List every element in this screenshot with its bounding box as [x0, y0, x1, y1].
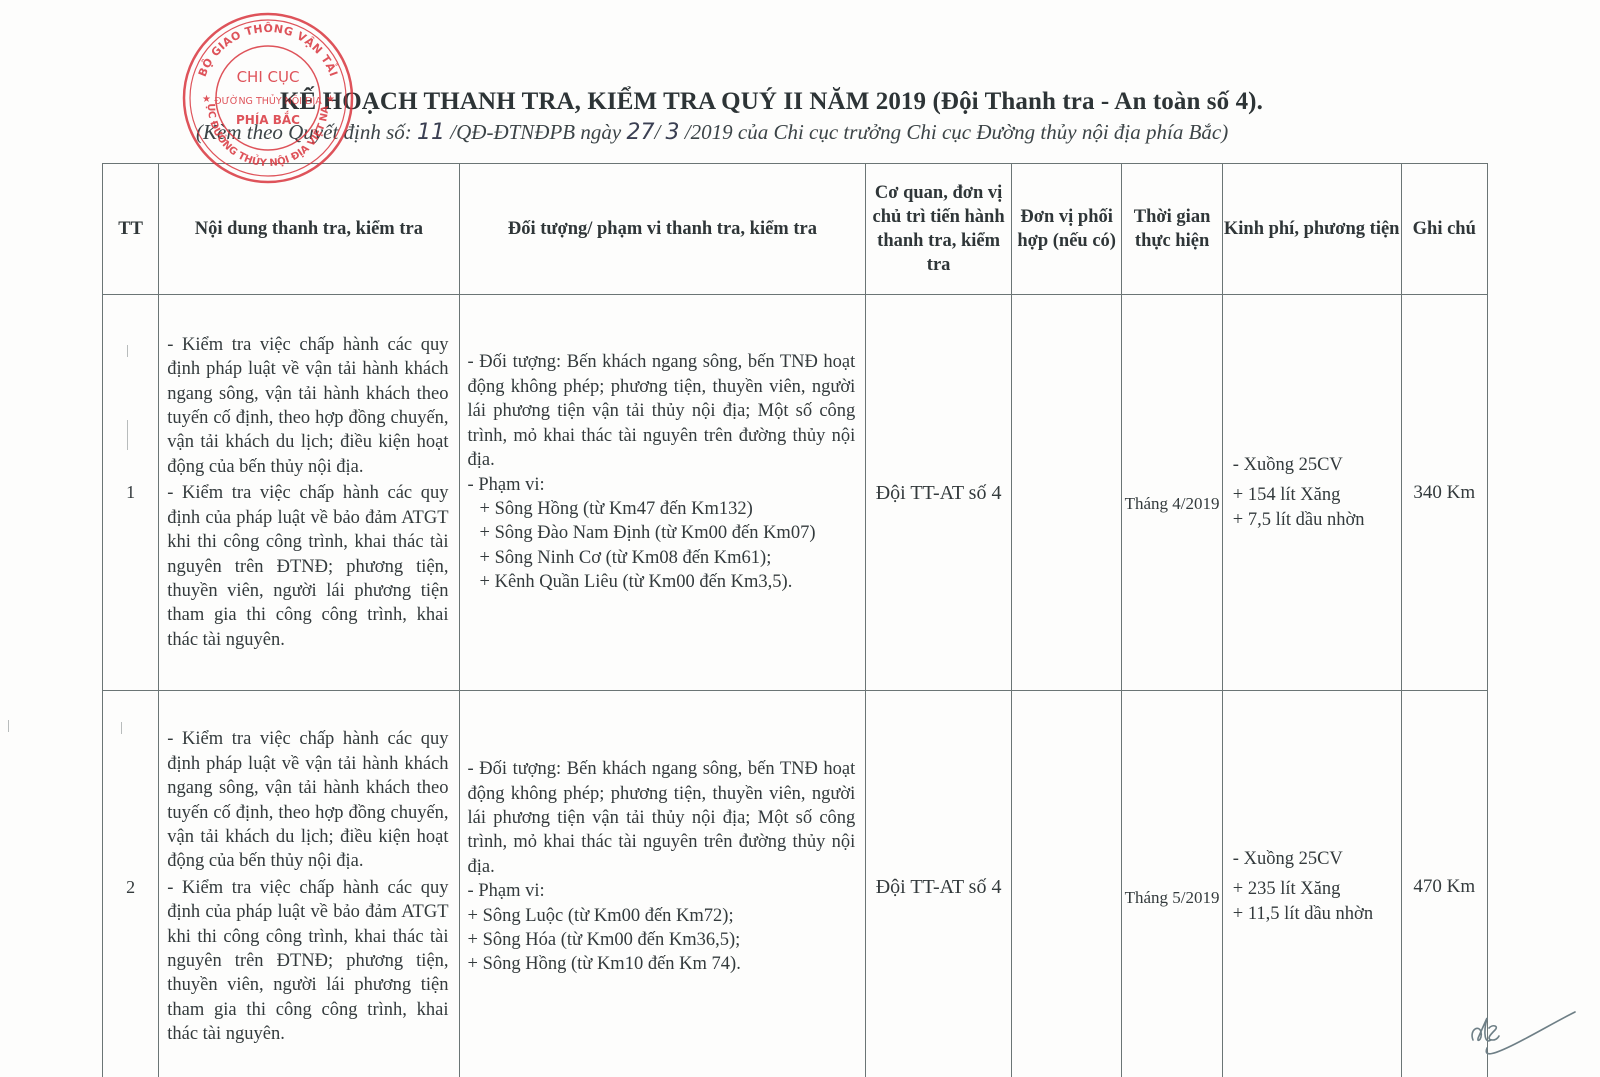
- content-paragraph: - Kiểm tra việc chấp hành các quy định c…: [167, 481, 448, 652]
- scope-area-item: + Sông Hóa (từ Km00 đến Km36,5);: [468, 928, 856, 952]
- subtitle-sep: /: [654, 120, 665, 144]
- header-scope: Đối tượng/ phạm vi thanh tra, kiểm tra: [459, 164, 866, 295]
- scan-mark: [127, 345, 128, 357]
- scope-area-item: + Sông Luộc (từ Km00 đến Km72);: [468, 904, 856, 928]
- scan-mark: [8, 720, 9, 732]
- row-number: 2: [103, 691, 159, 1077]
- subtitle-suffix: /2019 của Chi cục trưởng Chi cục Đường t…: [680, 120, 1229, 144]
- cost-resources: - Xuồng 25CV + 154 lít Xăng + 7,5 lít dầ…: [1222, 295, 1401, 691]
- decision-month-handwritten: 3: [666, 120, 680, 145]
- table-header-row: TT Nội dung thanh tra, kiểm tra Đối tượn…: [103, 164, 1488, 295]
- stamp-center-line1: CHI CỤC: [237, 68, 300, 86]
- scope-object: - Đối tượng: Bến khách ngang sông, bến T…: [468, 350, 856, 472]
- header-coordinator: Đơn vị phối hợp (nếu có): [1011, 164, 1121, 295]
- decision-day-handwritten: 27: [626, 120, 654, 145]
- cost-item: + 235 lít Xăng: [1233, 877, 1395, 902]
- scope-object: - Đối tượng: Bến khách ngang sông, bến T…: [468, 757, 856, 879]
- subtitle-prefix: (Kèm theo Quyết định số:: [196, 120, 417, 144]
- execution-time: Tháng 5/2019: [1122, 691, 1222, 1077]
- scan-mark: [121, 722, 122, 734]
- inspection-content: - Kiểm tra việc chấp hành các quy định p…: [159, 295, 459, 691]
- cost-vehicle: - Xuồng 25CV: [1233, 453, 1395, 478]
- inspection-plan-table: TT Nội dung thanh tra, kiểm tra Đối tượn…: [102, 163, 1488, 1077]
- note: 340 Km: [1401, 295, 1487, 691]
- table-row: 2 - Kiểm tra việc chấp hành các quy định…: [103, 691, 1488, 1077]
- scope-area-label: - Phạm vi:: [468, 473, 856, 497]
- stamp-ring-top: BỘ GIAO THÔNG VẬN TẢI: [196, 22, 340, 79]
- header-tt: TT: [103, 164, 159, 295]
- svg-text:BỘ GIAO THÔNG VẬN TẢI: BỘ GIAO THÔNG VẬN TẢI: [196, 22, 340, 79]
- document-subtitle: (Kèm theo Quyết định số: 11 /QĐ-ĐTNĐPB n…: [196, 120, 1396, 145]
- header-content: Nội dung thanh tra, kiểm tra: [159, 164, 459, 295]
- decision-number-handwritten: 11: [417, 120, 445, 145]
- cost-item: + 7,5 lít dầu nhờn: [1233, 508, 1395, 533]
- content-paragraph: - Kiểm tra việc chấp hành các quy định p…: [167, 333, 448, 479]
- header-time: Thời gian thực hiện: [1122, 164, 1222, 295]
- subtitle-mid: /QĐ-ĐTNĐPB ngày: [445, 120, 626, 144]
- cost-item: + 154 lít Xăng: [1233, 483, 1395, 508]
- content-paragraph: - Kiểm tra việc chấp hành các quy định c…: [167, 876, 448, 1047]
- cost-resources: - Xuồng 25CV + 235 lít Xăng + 11,5 lít d…: [1222, 691, 1401, 1077]
- coordinating-unit: [1011, 295, 1121, 691]
- note: 470 Km: [1401, 691, 1487, 1077]
- document-title: KẾ HOẠCH THANH TRA, KIỂM TRA QUÝ II NĂM …: [280, 88, 1320, 116]
- scope-area-item: + Sông Hồng (từ Km47 đến Km132): [468, 497, 856, 521]
- header-agency: Cơ quan, đơn vị chủ trì tiến hành thanh …: [866, 164, 1012, 295]
- svg-text:★: ★: [202, 94, 211, 105]
- header-cost: Kinh phí, phương tiện: [1222, 164, 1401, 295]
- table-row: 1 - Kiểm tra việc chấp hành các quy định…: [103, 295, 1488, 691]
- lead-agency: Đội TT-AT số 4: [866, 691, 1012, 1077]
- coordinating-unit: [1011, 691, 1121, 1077]
- scope-area-item: + Sông Ninh Cơ (từ Km08 đến Km61);: [468, 546, 856, 570]
- header-note: Ghi chú: [1401, 164, 1487, 295]
- cost-vehicle: - Xuồng 25CV: [1233, 847, 1395, 872]
- execution-time: Tháng 4/2019: [1122, 295, 1222, 691]
- inspection-scope: - Đối tượng: Bến khách ngang sông, bến T…: [459, 295, 866, 691]
- lead-agency: Đội TT-AT số 4: [866, 295, 1012, 691]
- scope-area-label: - Phạm vi:: [468, 879, 856, 903]
- scope-area-item: + Kênh Quần Liêu (từ Km00 đến Km3,5).: [468, 570, 856, 594]
- document-page: BỘ GIAO THÔNG VẬN TẢI CỤC ĐƯỜNG THỦY NỘI…: [0, 0, 1600, 1077]
- row-number: 1: [103, 295, 159, 691]
- content-paragraph: - Kiểm tra việc chấp hành các quy định p…: [167, 727, 448, 873]
- scan-mark: [127, 420, 128, 450]
- cost-item: + 11,5 lít dầu nhờn: [1233, 902, 1395, 927]
- scope-area-item: + Sông Đào Nam Định (từ Km00 đến Km07): [468, 521, 856, 545]
- inspection-scope: - Đối tượng: Bến khách ngang sông, bến T…: [459, 691, 866, 1077]
- scope-area-item: + Sông Hồng (từ Km10 đến Km 74).: [468, 952, 856, 976]
- inspection-content: - Kiểm tra việc chấp hành các quy định p…: [159, 691, 459, 1077]
